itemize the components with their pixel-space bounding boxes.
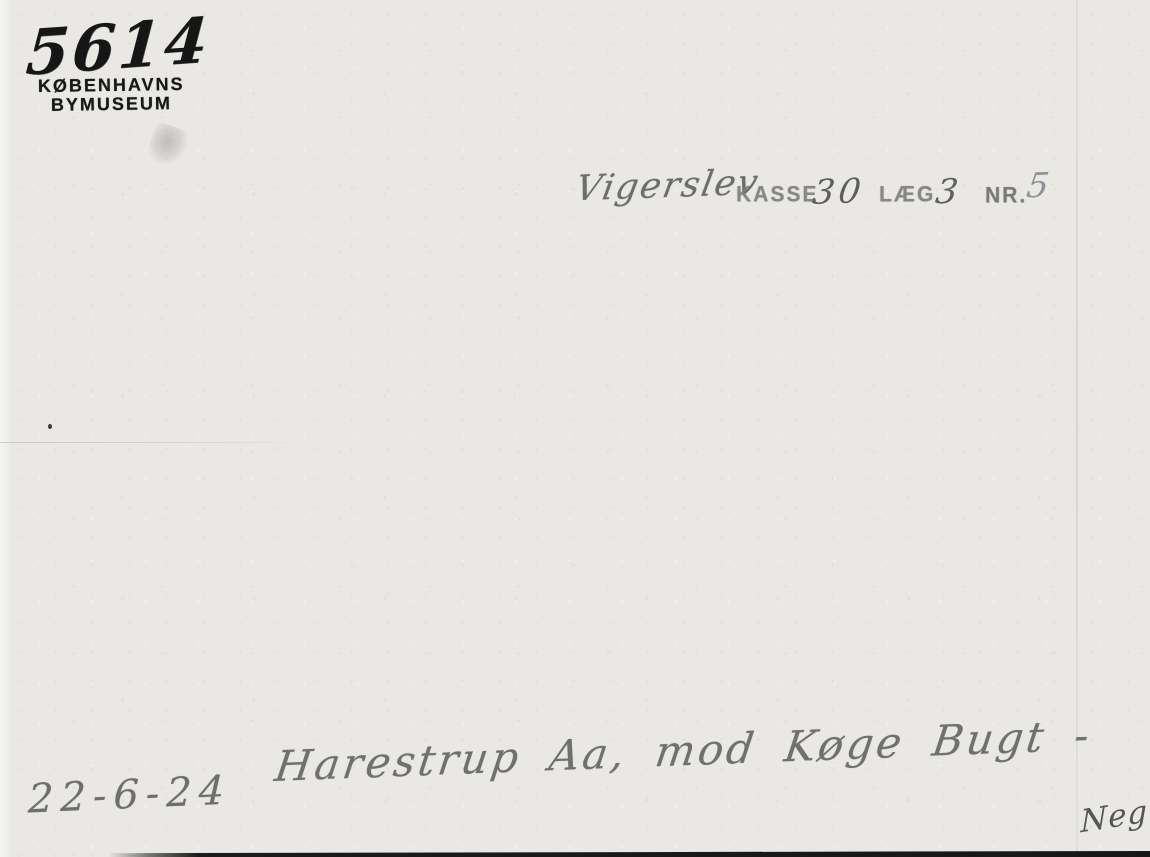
nr-value-handwritten: 5: [1024, 166, 1051, 207]
paper-crease-vertical: [1076, 0, 1078, 857]
place-name-handwritten: Vigerslev: [573, 163, 763, 210]
paper-speck: [48, 424, 52, 429]
paper-crease-horizontal: [0, 442, 310, 443]
neg-note-handwritten: Neg.: [1080, 792, 1150, 841]
laeg-value-handwritten: 3: [933, 172, 960, 213]
paper-edge-highlight: [0, 0, 12, 857]
ink-smudge: [144, 121, 192, 171]
museum-stamp: KØBENHAVNS BYMUSEUM: [38, 75, 185, 115]
kasse-stamp-label: KASSE: [736, 182, 818, 207]
museum-stamp-line-2: BYMUSEUM: [38, 94, 185, 115]
caption-date-handwritten: 22-6-24: [27, 768, 231, 823]
caption-text-handwritten: Harestrup Aa, mod Køge Bugt -: [272, 710, 1095, 791]
scan-edge-bottom: [108, 851, 1150, 857]
laeg-stamp-label: LÆG: [879, 182, 935, 207]
photo-back-card: 5614 KØBENHAVNS BYMUSEUM Vigerslev KASSE…: [0, 0, 1150, 857]
nr-stamp-label: NR.: [985, 183, 1027, 208]
kasse-value-handwritten: 30: [810, 171, 867, 213]
